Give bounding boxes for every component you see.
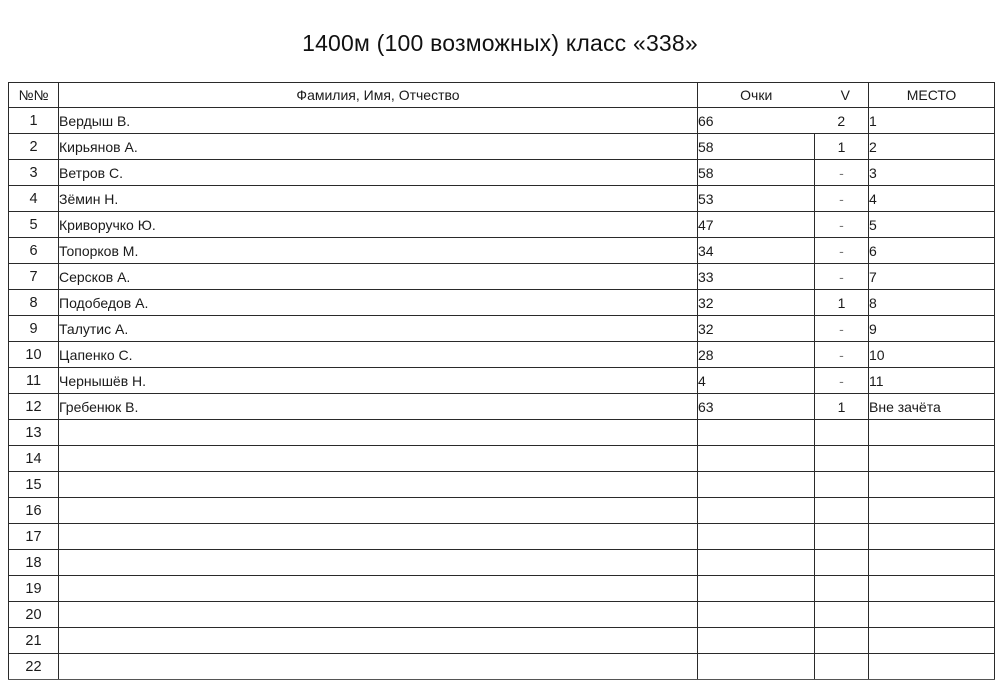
table-row: 9Талутис А.32-9 xyxy=(9,316,995,342)
table-header-row: №№ Фамилия, Имя, Отчество Очки V МЕСТО xyxy=(9,83,995,108)
cell-place: 4 xyxy=(869,186,995,212)
table-row: 13 xyxy=(9,420,995,446)
cell-num: 12 xyxy=(9,394,59,420)
cell-name: Серсков А. xyxy=(59,264,698,290)
cell-num: 3 xyxy=(9,160,59,186)
cell-place: Вне зачёта xyxy=(869,394,995,420)
table-row: 10Цапенко С.28-10 xyxy=(9,342,995,368)
cell-num: 15 xyxy=(9,472,59,498)
cell-place: 11 xyxy=(869,368,995,394)
cell-name xyxy=(59,472,698,498)
table-row: 18 xyxy=(9,550,995,576)
cell-name xyxy=(59,420,698,446)
cell-num: 14 xyxy=(9,446,59,472)
cell-num: 16 xyxy=(9,498,59,524)
cell-score xyxy=(698,524,815,550)
table-row: 20 xyxy=(9,602,995,628)
table-row: 8Подобедов А.3218 xyxy=(9,290,995,316)
table-row: 6Топорков М.34-6 xyxy=(9,238,995,264)
cell-place: 10 xyxy=(869,342,995,368)
cell-num: 21 xyxy=(9,628,59,654)
cell-place: 6 xyxy=(869,238,995,264)
cell-num: 10 xyxy=(9,342,59,368)
cell-num: 9 xyxy=(9,316,59,342)
cell-name: Зёмин Н. xyxy=(59,186,698,212)
cell-place xyxy=(869,550,995,576)
cell-num: 6 xyxy=(9,238,59,264)
cell-score xyxy=(698,446,815,472)
cell-score: 4 xyxy=(698,368,815,394)
cell-name: Гребенюк В. xyxy=(59,394,698,420)
cell-place xyxy=(869,472,995,498)
results-table: №№ Фамилия, Имя, Отчество Очки V МЕСТО 1… xyxy=(8,82,995,680)
table-row: 19 xyxy=(9,576,995,602)
cell-place xyxy=(869,654,995,680)
cell-score xyxy=(698,628,815,654)
cell-place xyxy=(869,498,995,524)
cell-num: 5 xyxy=(9,212,59,238)
cell-place: 9 xyxy=(869,316,995,342)
cell-v xyxy=(815,628,869,654)
table-row: 5Криворучко Ю.47-5 xyxy=(9,212,995,238)
cell-place: 7 xyxy=(869,264,995,290)
cell-v xyxy=(815,498,869,524)
header-v: V xyxy=(815,83,869,108)
cell-num: 17 xyxy=(9,524,59,550)
cell-name: Талутис А. xyxy=(59,316,698,342)
cell-score: 32 xyxy=(698,316,815,342)
cell-name xyxy=(59,654,698,680)
cell-score: 58 xyxy=(698,134,815,160)
cell-score: 63 xyxy=(698,394,815,420)
cell-place xyxy=(869,446,995,472)
table-row: 2Кирьянов А.5812 xyxy=(9,134,995,160)
cell-v: - xyxy=(815,160,869,186)
cell-place: 3 xyxy=(869,160,995,186)
cell-name xyxy=(59,628,698,654)
cell-place xyxy=(869,628,995,654)
table-row: 12Гребенюк В.631Вне зачёта xyxy=(9,394,995,420)
cell-v: - xyxy=(815,316,869,342)
cell-name: Кирьянов А. xyxy=(59,134,698,160)
cell-score xyxy=(698,576,815,602)
cell-num: 7 xyxy=(9,264,59,290)
cell-v: - xyxy=(815,238,869,264)
cell-v: 1 xyxy=(815,394,869,420)
header-name: Фамилия, Имя, Отчество xyxy=(59,83,698,108)
table-row: 11Чернышёв Н.4-11 xyxy=(9,368,995,394)
cell-num: 11 xyxy=(9,368,59,394)
cell-score: 47 xyxy=(698,212,815,238)
cell-num: 1 xyxy=(9,108,59,134)
cell-place: 8 xyxy=(869,290,995,316)
cell-num: 18 xyxy=(9,550,59,576)
cell-v xyxy=(815,524,869,550)
table-row: 14 xyxy=(9,446,995,472)
cell-score: 58 xyxy=(698,160,815,186)
cell-name: Подобедов А. xyxy=(59,290,698,316)
cell-score: 32 xyxy=(698,290,815,316)
cell-score xyxy=(698,602,815,628)
cell-name: Цапенко С. xyxy=(59,342,698,368)
cell-name: Ветров С. xyxy=(59,160,698,186)
cell-v: - xyxy=(815,264,869,290)
cell-score: 34 xyxy=(698,238,815,264)
cell-num: 4 xyxy=(9,186,59,212)
cell-place: 1 xyxy=(869,108,995,134)
cell-score: 33 xyxy=(698,264,815,290)
cell-num: 20 xyxy=(9,602,59,628)
cell-name xyxy=(59,524,698,550)
cell-v xyxy=(815,576,869,602)
header-number: №№ xyxy=(9,83,59,108)
cell-score xyxy=(698,498,815,524)
cell-name xyxy=(59,602,698,628)
cell-name: Топорков М. xyxy=(59,238,698,264)
cell-v: 1 xyxy=(815,134,869,160)
cell-num: 13 xyxy=(9,420,59,446)
cell-v: - xyxy=(815,212,869,238)
table-row: 17 xyxy=(9,524,995,550)
table-row: 4Зёмин Н.53-4 xyxy=(9,186,995,212)
table-row: 22 xyxy=(9,654,995,680)
cell-num: 22 xyxy=(9,654,59,680)
table-row: 3Ветров С.58-3 xyxy=(9,160,995,186)
header-score: Очки xyxy=(698,83,815,108)
cell-place xyxy=(869,524,995,550)
cell-score: 28 xyxy=(698,342,815,368)
cell-score xyxy=(698,472,815,498)
cell-name xyxy=(59,498,698,524)
cell-score: 66 xyxy=(698,108,815,134)
cell-v xyxy=(815,446,869,472)
cell-v xyxy=(815,420,869,446)
cell-v xyxy=(815,654,869,680)
cell-place xyxy=(869,602,995,628)
table-row: 15 xyxy=(9,472,995,498)
cell-name xyxy=(59,446,698,472)
cell-v xyxy=(815,472,869,498)
table-row: 1Вердыш В.6621 xyxy=(9,108,995,134)
table-row: 21 xyxy=(9,628,995,654)
cell-v: 2 xyxy=(815,108,869,134)
cell-place: 5 xyxy=(869,212,995,238)
cell-place: 2 xyxy=(869,134,995,160)
cell-score xyxy=(698,420,815,446)
cell-score xyxy=(698,550,815,576)
cell-v: - xyxy=(815,342,869,368)
cell-name: Вердыш В. xyxy=(59,108,698,134)
cell-score xyxy=(698,654,815,680)
cell-num: 8 xyxy=(9,290,59,316)
page-title: 1400м (100 возможных) класс «338» xyxy=(0,30,1000,57)
cell-num: 2 xyxy=(9,134,59,160)
cell-v: - xyxy=(815,368,869,394)
table-row: 16 xyxy=(9,498,995,524)
cell-v xyxy=(815,602,869,628)
table-body: 1Вердыш В.66212Кирьянов А.58123Ветров С.… xyxy=(9,108,995,680)
cell-place xyxy=(869,420,995,446)
cell-v: - xyxy=(815,186,869,212)
header-place: МЕСТО xyxy=(869,83,995,108)
cell-v xyxy=(815,550,869,576)
cell-name: Чернышёв Н. xyxy=(59,368,698,394)
cell-num: 19 xyxy=(9,576,59,602)
cell-name: Криворучко Ю. xyxy=(59,212,698,238)
cell-score: 53 xyxy=(698,186,815,212)
cell-place xyxy=(869,576,995,602)
cell-v: 1 xyxy=(815,290,869,316)
cell-name xyxy=(59,550,698,576)
cell-name xyxy=(59,576,698,602)
table-row: 7Серсков А.33-7 xyxy=(9,264,995,290)
